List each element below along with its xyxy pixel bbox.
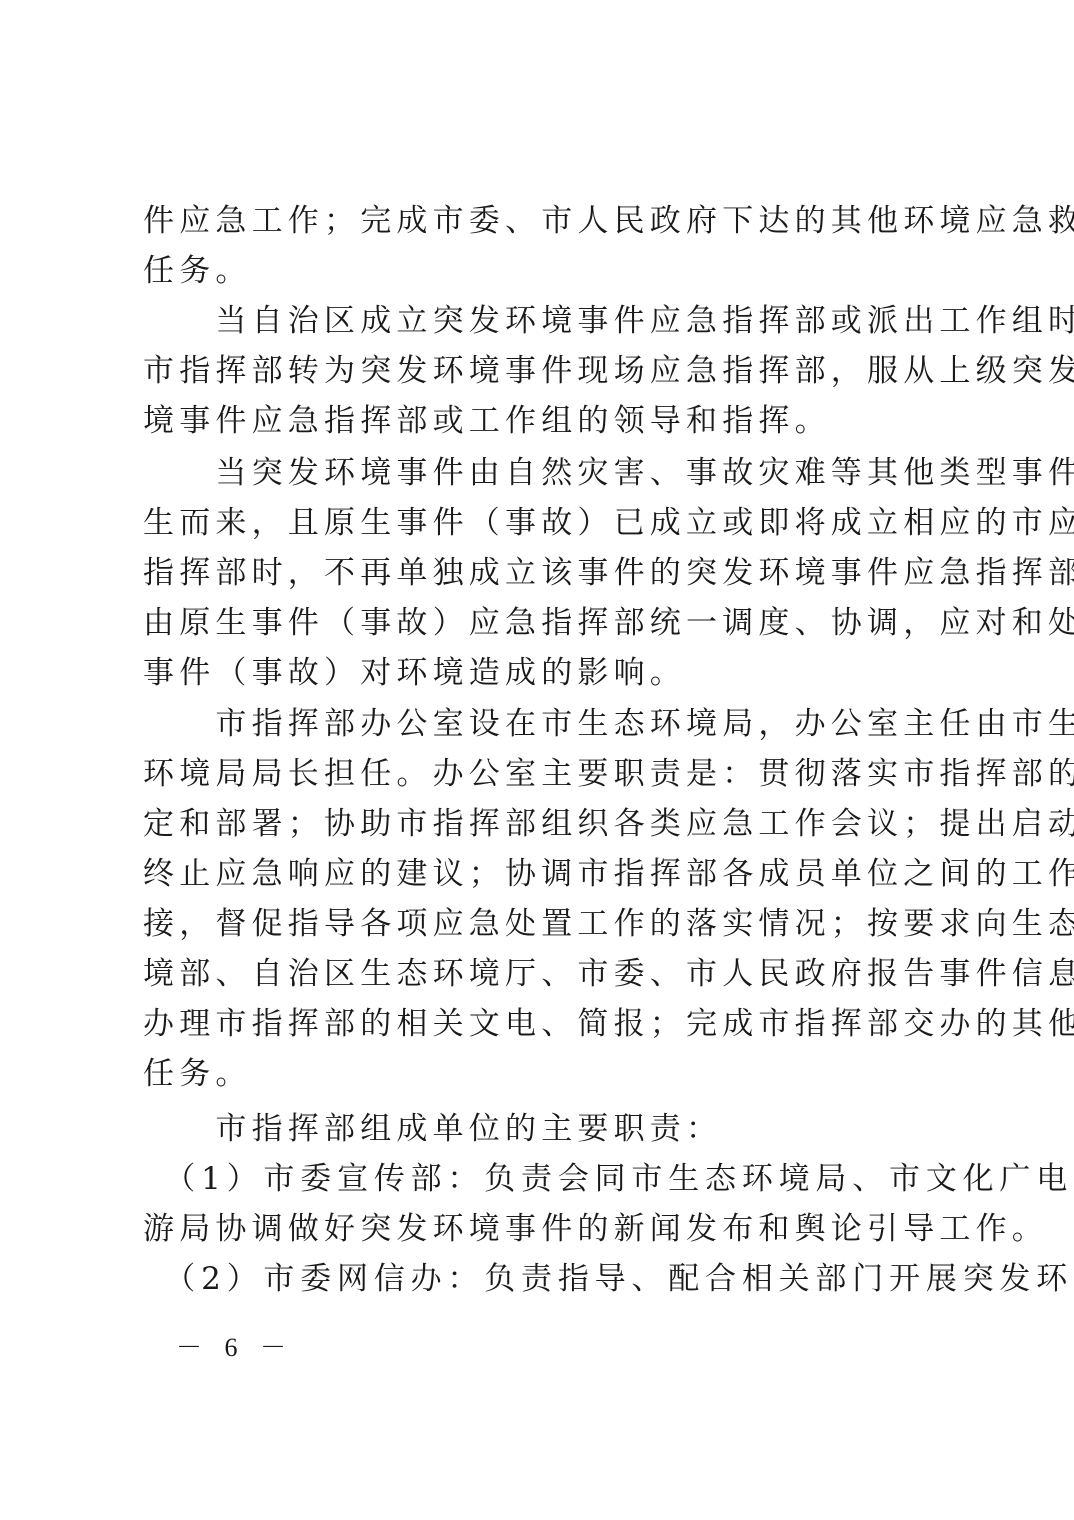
section-heading-line: 市指挥部组成单位的主要职责： bbox=[143, 1104, 722, 1154]
text-line: 境事件应急指挥部或工作组的领导和指挥。 bbox=[143, 396, 831, 446]
text-line: 接，督促指导各项应急处置工作的落实情况；按要求向生态环 bbox=[143, 899, 1074, 949]
text-line: 指挥部时，不再单独成立该事件的突发环境事件应急指挥部， bbox=[143, 548, 1074, 598]
paragraph-start-line: 当自治区成立突发环境事件应急指挥部或派出工作组时， bbox=[143, 296, 1074, 346]
text-line: 任务。 bbox=[143, 1049, 252, 1099]
list-item-line: （2）市委网信办：负责指导、配合相关部门开展突发环境 bbox=[143, 1254, 1074, 1304]
text-line: 环境局局长担任。办公室主要职责是：贯彻落实市指挥部的决 bbox=[143, 749, 1074, 799]
page-number: － 6 － bbox=[176, 1333, 294, 1363]
text-line: 境部、自治区生态环境厅、市委、市人民政府报告事件信息， bbox=[143, 949, 1074, 999]
text-line: 生而来，且原生事件（事故）已成立或即将成立相应的市应急 bbox=[143, 498, 1074, 548]
text-line: 市指挥部转为突发环境事件现场应急指挥部，服从上级突发环 bbox=[143, 346, 1074, 396]
paragraph-start-line: 当突发环境事件由自然灾害、事故灾难等其他类型事件次 bbox=[143, 448, 1074, 498]
paragraph-start-line: 市指挥部办公室设在市生态环境局，办公室主任由市生态 bbox=[143, 699, 1074, 749]
list-item-line: （1）市委宣传部：负责会同市生态环境局、市文化广电旅 bbox=[143, 1154, 1074, 1204]
text-line: 定和部署；协助市指挥部组织各类应急工作会议；提出启动、 bbox=[143, 799, 1074, 849]
text-line: 办理市指挥部的相关文电、简报；完成市指挥部交办的其他 bbox=[143, 999, 1074, 1049]
text-line: 终止应急响应的建议；协调市指挥部各成员单位之间的工作衔 bbox=[143, 849, 1074, 899]
text-line: 由原生事件（事故）应急指挥部统一调度、协调，应对和处置 bbox=[143, 598, 1074, 648]
text-line: 游局协调做好突发环境事件的新闻发布和舆论引导工作。 bbox=[143, 1204, 1048, 1254]
document-page: 件应急工作；完成市委、市人民政府下达的其他环境应急救援 任务。 当自治区成立突发… bbox=[0, 0, 1074, 1520]
text-line: 任务。 bbox=[143, 246, 252, 296]
text-line: 件应急工作；完成市委、市人民政府下达的其他环境应急救援 bbox=[143, 196, 1074, 246]
text-line: 事件（事故）对环境造成的影响。 bbox=[143, 648, 686, 698]
